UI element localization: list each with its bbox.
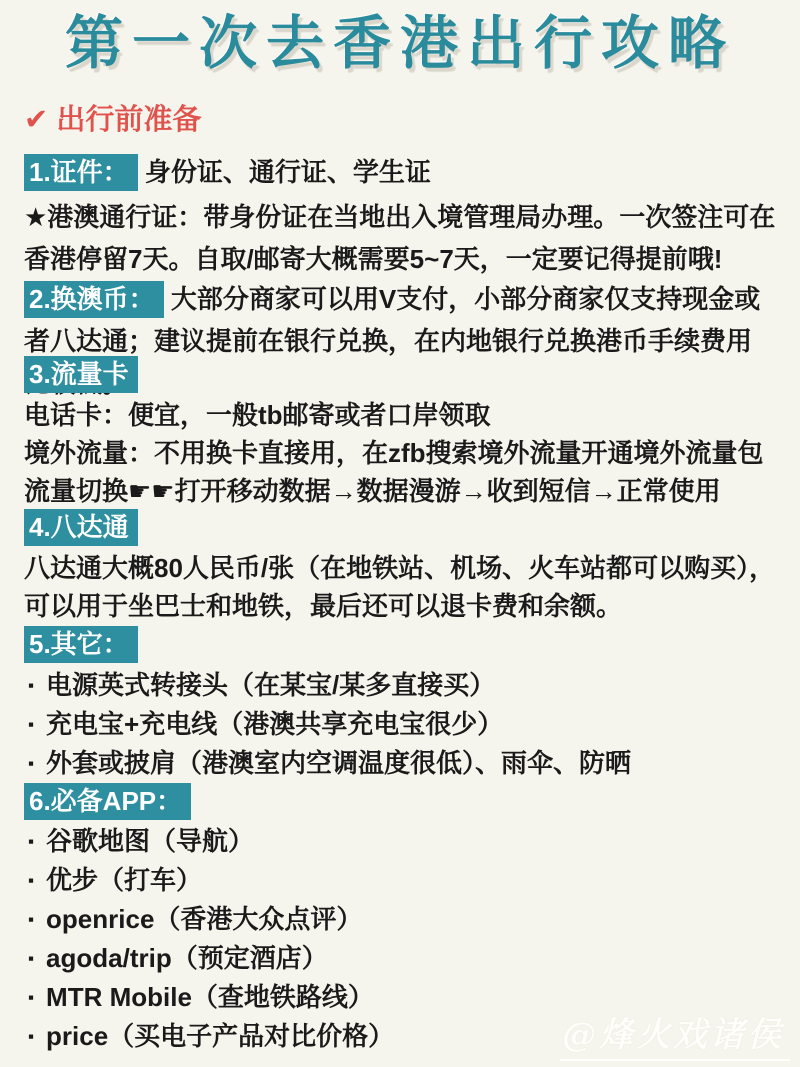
watermark-handle: @烽火戏诸侯 — [560, 1007, 790, 1061]
section-others-header: 5.其它： — [24, 626, 776, 663]
section-badge-octopus: 4.八达通 — [24, 509, 138, 546]
section-badge-currency: 2.换澳币： — [24, 281, 164, 318]
section-documents-note: ★港澳通行证：带身份证在当地出入境管理局办理。一次签注可在香港停留7天。自取/邮… — [24, 196, 776, 280]
square-bullet-icon: ▪ — [28, 744, 34, 783]
section-apps-header: 6.必备APP： — [24, 783, 776, 820]
list-item: ▪谷歌地图（导航） — [24, 822, 776, 861]
square-bullet-icon: ▪ — [28, 901, 34, 939]
list-item-label: agoda/trip（预定酒店） — [46, 943, 328, 973]
section-badge-others: 5.其它： — [24, 626, 138, 663]
section-octopus-body: 八达通大概80人民币/张（在地铁站、机场、火车站都可以购买），可以用于坐巴士和地… — [24, 549, 776, 625]
check-icon: ✔ — [24, 104, 48, 136]
list-item-label: 电源英式转接头（在某宝/某多直接买） — [46, 670, 495, 700]
section-sim-header: 3.流量卡 — [24, 356, 776, 393]
square-bullet-icon: ▪ — [28, 1018, 34, 1056]
sim-line-switch: 流量切换☛☛打开移动数据→数据漫游→收到短信→正常使用 — [24, 472, 776, 510]
list-item-label: 外套或披肩（港澳室内空调温度很低）、雨伞、防晒 — [46, 748, 631, 778]
page-title: 第一次去香港出行攻略 — [0, 10, 800, 78]
pretrip-heading-label: 出行前准备 — [56, 104, 201, 136]
infographic-page: 第一次去香港出行攻略 ✔出行前准备 1.证件： 身份证、通行证、学生证 ★港澳通… — [0, 0, 800, 1067]
list-item: ▪外套或披肩（港澳室内空调温度很低）、雨伞、防晒 — [24, 744, 776, 783]
section-others-list: ▪电源英式转接头（在某宝/某多直接买） ▪充电宝+充电线（港澳共享充电宝很少） … — [24, 666, 776, 783]
list-item-label: openrice（香港大众点评） — [46, 904, 362, 934]
square-bullet-icon: ▪ — [28, 979, 34, 1017]
list-item: ▪电源英式转接头（在某宝/某多直接买） — [24, 666, 776, 705]
sim-line-roaming: 境外流量：不用换卡直接用，在zfb搜索境外流量开通境外流量包 — [24, 434, 776, 472]
section-documents-lead: 身份证、通行证、学生证 — [145, 157, 431, 187]
list-item-label: price（买电子产品对比价格） — [46, 1021, 394, 1051]
list-item: ▪优步（打车） — [24, 861, 776, 900]
square-bullet-icon: ▪ — [28, 823, 34, 861]
list-item: ▪agoda/trip（预定酒店） — [24, 939, 776, 978]
list-item-label: MTR Mobile（查地铁路线） — [46, 982, 374, 1012]
square-bullet-icon: ▪ — [28, 666, 34, 705]
list-item-label: 谷歌地图（导航） — [46, 826, 254, 856]
list-item-label: 优步（打车） — [46, 865, 202, 895]
square-bullet-icon: ▪ — [28, 705, 34, 744]
section-badge-apps: 6.必备APP： — [24, 783, 191, 820]
pretrip-heading: ✔出行前准备 — [24, 102, 776, 138]
list-item: ▪充电宝+充电线（港澳共享充电宝很少） — [24, 705, 776, 744]
list-item: ▪openrice（香港大众点评） — [24, 900, 776, 939]
section-octopus-header: 4.八达通 — [24, 509, 776, 546]
section-badge-documents: 1.证件： — [24, 154, 138, 191]
sim-line-phonecard: 电话卡：便宜，一般tb邮寄或者口岸领取 — [24, 396, 776, 434]
square-bullet-icon: ▪ — [28, 940, 34, 978]
list-item-label: 充电宝+充电线（港澳共享充电宝很少） — [46, 709, 503, 739]
section-documents-line: 1.证件： 身份证、通行证、学生证 — [24, 152, 776, 192]
section-badge-sim: 3.流量卡 — [24, 356, 138, 393]
section-sim-body: 电话卡：便宜，一般tb邮寄或者口岸领取 境外流量：不用换卡直接用，在zfb搜索境… — [24, 396, 776, 510]
square-bullet-icon: ▪ — [28, 862, 34, 900]
